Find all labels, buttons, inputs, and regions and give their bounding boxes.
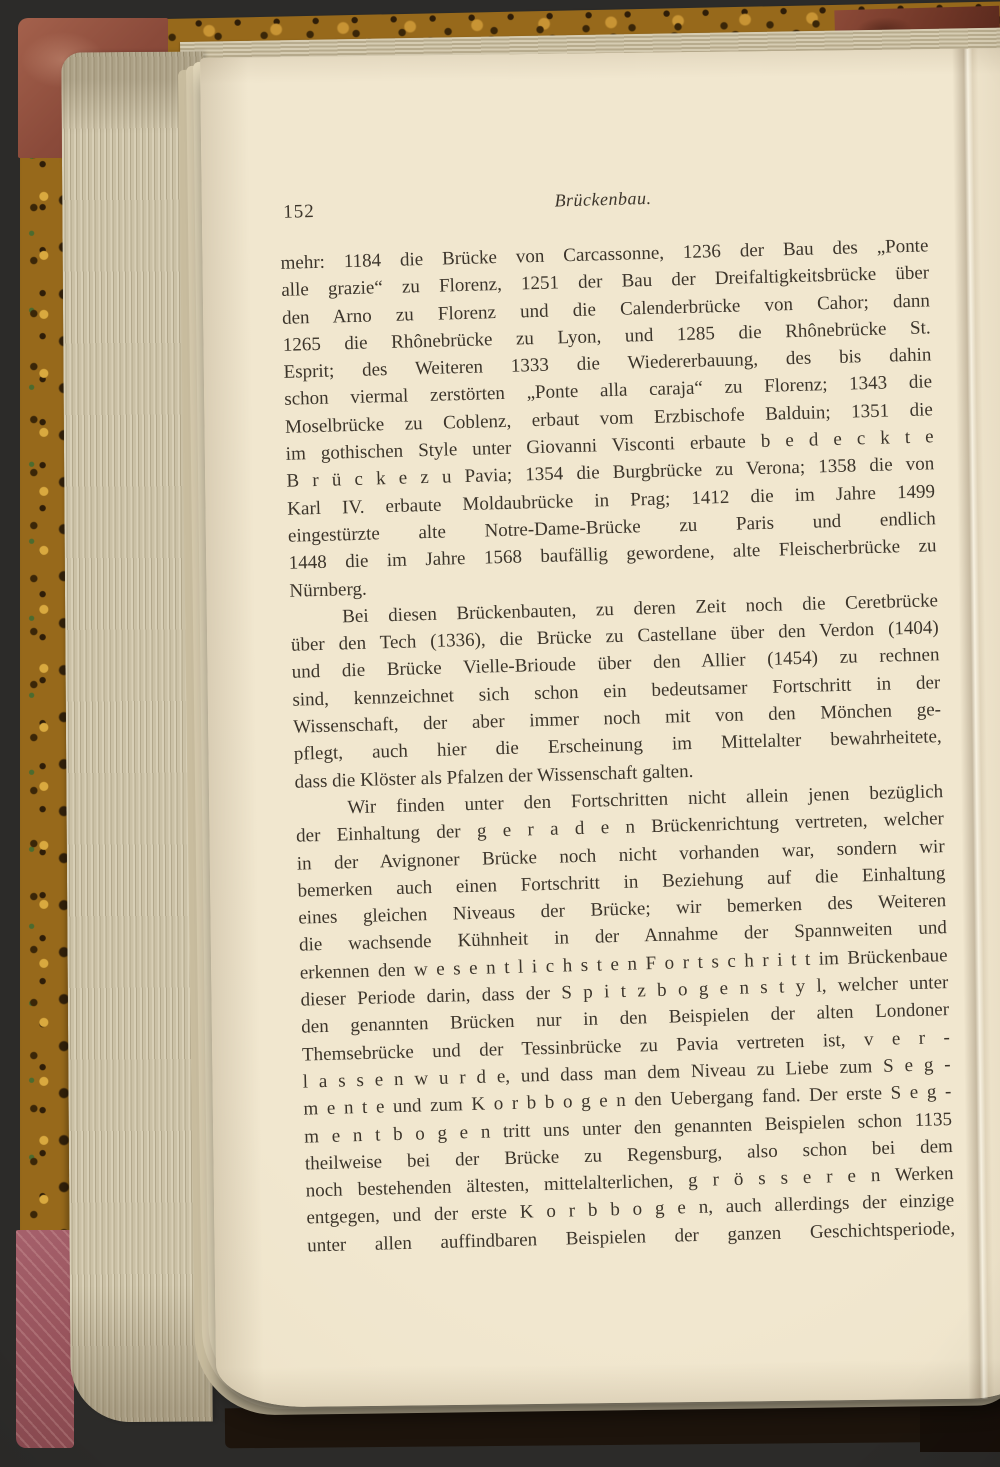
text-block: 152 Brückenbau. mehr: 1184 die Brücke vo… bbox=[279, 184, 955, 1259]
text-block-lines: mehr: 1184 die Brücke von Carcassonne, 1… bbox=[280, 232, 955, 1259]
paragraph: Bei diesen Brückenbauten, zu deren Zeit … bbox=[290, 587, 943, 796]
paragraph: Wir finden unter den Fortschritten nicht… bbox=[295, 778, 955, 1259]
page-header: 152 Brückenbau. bbox=[279, 184, 928, 230]
running-header: Brückenbau. bbox=[279, 180, 927, 219]
paragraph: mehr: 1184 die Brücke von Carcassonne, 1… bbox=[280, 232, 937, 604]
book-page: 152 Brückenbau. mehr: 1184 die Brücke vo… bbox=[200, 48, 1000, 1408]
book-photo: 152 Brückenbau. mehr: 1184 die Brücke vo… bbox=[0, 0, 1000, 1467]
leather-corner-bottom-left bbox=[16, 1230, 74, 1448]
gutter-crease bbox=[952, 48, 994, 1398]
